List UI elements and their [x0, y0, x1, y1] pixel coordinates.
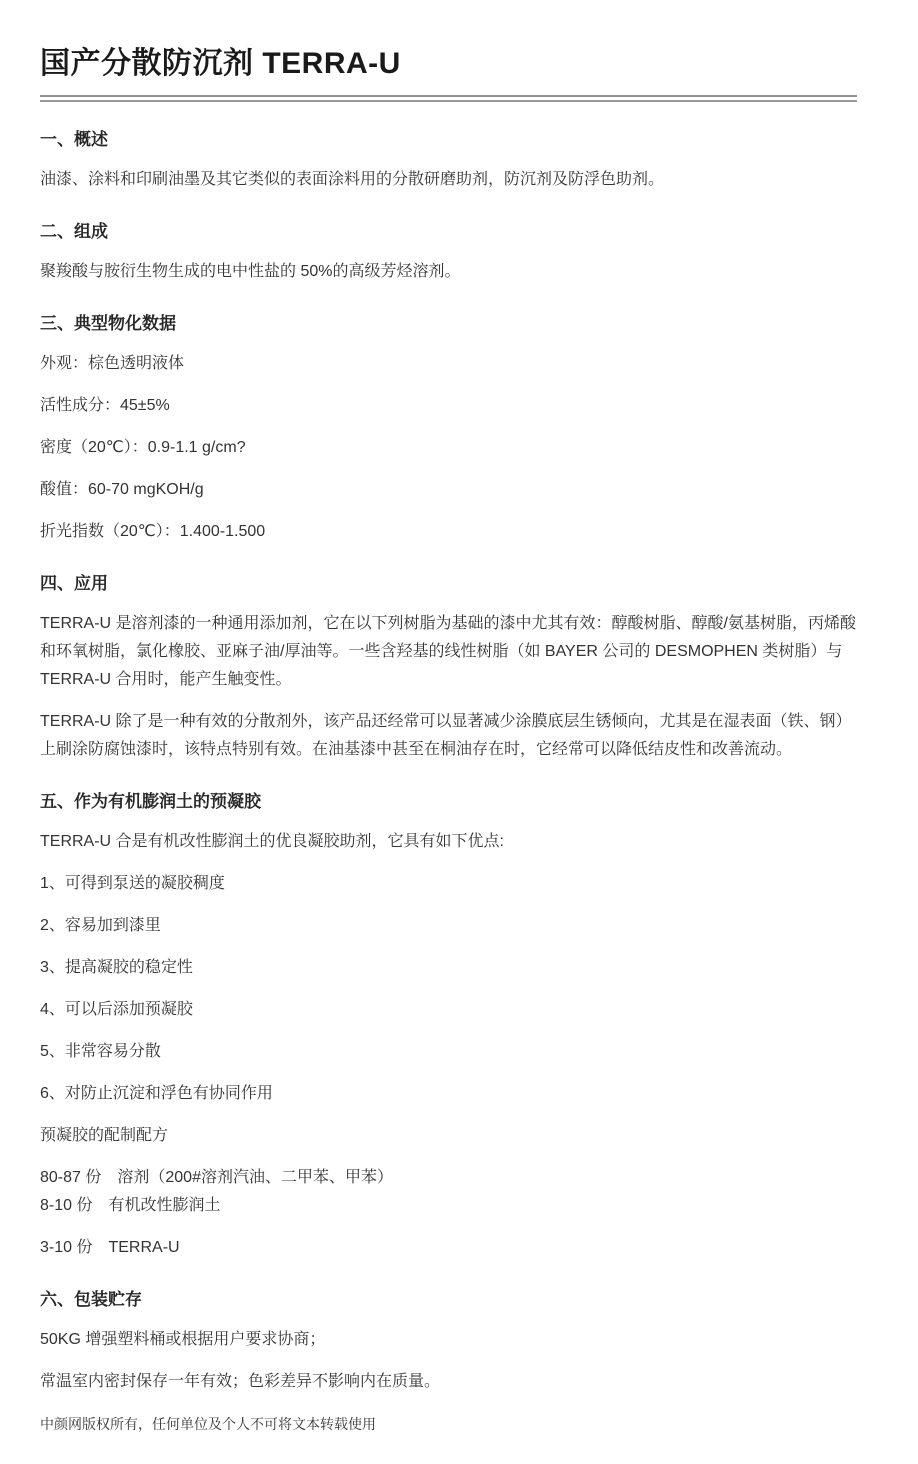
section-heading: 二、组成 [40, 220, 857, 244]
paragraph: 50KG 增强塑料桶或根据用户要求协商； [40, 1326, 857, 1354]
title-divider [40, 95, 857, 102]
spec-density: 密度（20℃）：0.9-1.1 g/cm? [40, 434, 857, 462]
spec-appearance: 外观：棕色透明液体 [40, 350, 857, 378]
list-item: 6、对防止沉淀和浮色有协同作用 [40, 1080, 857, 1108]
section-overview: 一、概述 油漆、涂料和印刷油墨及其它类似的表面涂料用的分散研磨助剂，防沉剂及防浮… [40, 128, 857, 194]
page-title: 国产分散防沉剂 TERRA-U [40, 46, 857, 82]
section-heading: 四、应用 [40, 572, 857, 596]
formula-line: 3-10 份 TERRA-U [40, 1234, 857, 1262]
list-item: 5、非常容易分散 [40, 1038, 857, 1066]
section-heading: 五、作为有机膨润土的预凝胶 [40, 790, 857, 814]
paragraph: 常温室内密封保存一年有效；色彩差异不影响内在质量。 [40, 1368, 857, 1396]
section-application: 四、应用 TERRA-U 是溶剂漆的一种通用添加剂，它在以下列树脂为基础的漆中尤… [40, 572, 857, 764]
paragraph: TERRA-U 除了是一种有效的分散剂外，该产品还经常可以显著减少涂膜底层生锈倾… [40, 708, 857, 764]
section-heading: 一、概述 [40, 128, 857, 152]
list-item: 1、可得到泵送的凝胶稠度 [40, 870, 857, 898]
list-item: 3、提高凝胶的稳定性 [40, 954, 857, 982]
section-pregel: 五、作为有机膨润土的预凝胶 TERRA-U 合是有机改性膨润土的优良凝胶助剂，它… [40, 790, 857, 1262]
copyright-footer: 中颜网版权所有，任何单位及个人不可将文本转载使用 [40, 1414, 857, 1434]
spec-active-content: 活性成分：45±5% [40, 392, 857, 420]
list-item: 2、容易加到漆里 [40, 912, 857, 940]
paragraph: TERRA-U 是溶剂漆的一种通用添加剂，它在以下列树脂为基础的漆中尤其有效：醇… [40, 610, 857, 694]
section-composition: 二、组成 聚羧酸与胺衍生物生成的电中性盐的 50%的高级芳烃溶剂。 [40, 220, 857, 286]
spec-acid-value: 酸值：60-70 mgKOH/g [40, 476, 857, 504]
section-heading: 三、典型物化数据 [40, 312, 857, 336]
formula-line: 80-87 份 溶剂（200#溶剂汽油、二甲苯、甲苯） 8-10 份 有机改性膨… [40, 1164, 857, 1220]
paragraph: 聚羧酸与胺衍生物生成的电中性盐的 50%的高级芳烃溶剂。 [40, 258, 857, 286]
section-physical-data: 三、典型物化数据 外观：棕色透明液体 活性成分：45±5% 密度（20℃）：0.… [40, 312, 857, 546]
paragraph: TERRA-U 合是有机改性膨润土的优良凝胶助剂，它具有如下优点: [40, 828, 857, 856]
section-heading: 六、包装贮存 [40, 1288, 857, 1312]
formula-title: 预凝胶的配制配方 [40, 1122, 857, 1150]
section-packaging-storage: 六、包装贮存 50KG 增强塑料桶或根据用户要求协商； 常温室内密封保存一年有效… [40, 1288, 857, 1396]
paragraph: 油漆、涂料和印刷油墨及其它类似的表面涂料用的分散研磨助剂，防沉剂及防浮色助剂。 [40, 166, 857, 194]
document-page: 国产分散防沉剂 TERRA-U 一、概述 油漆、涂料和印刷油墨及其它类似的表面涂… [0, 46, 918, 1464]
list-item: 4、可以后添加预凝胶 [40, 996, 857, 1024]
spec-refractive-index: 折光指数（20℃）：1.400-1.500 [40, 518, 857, 546]
